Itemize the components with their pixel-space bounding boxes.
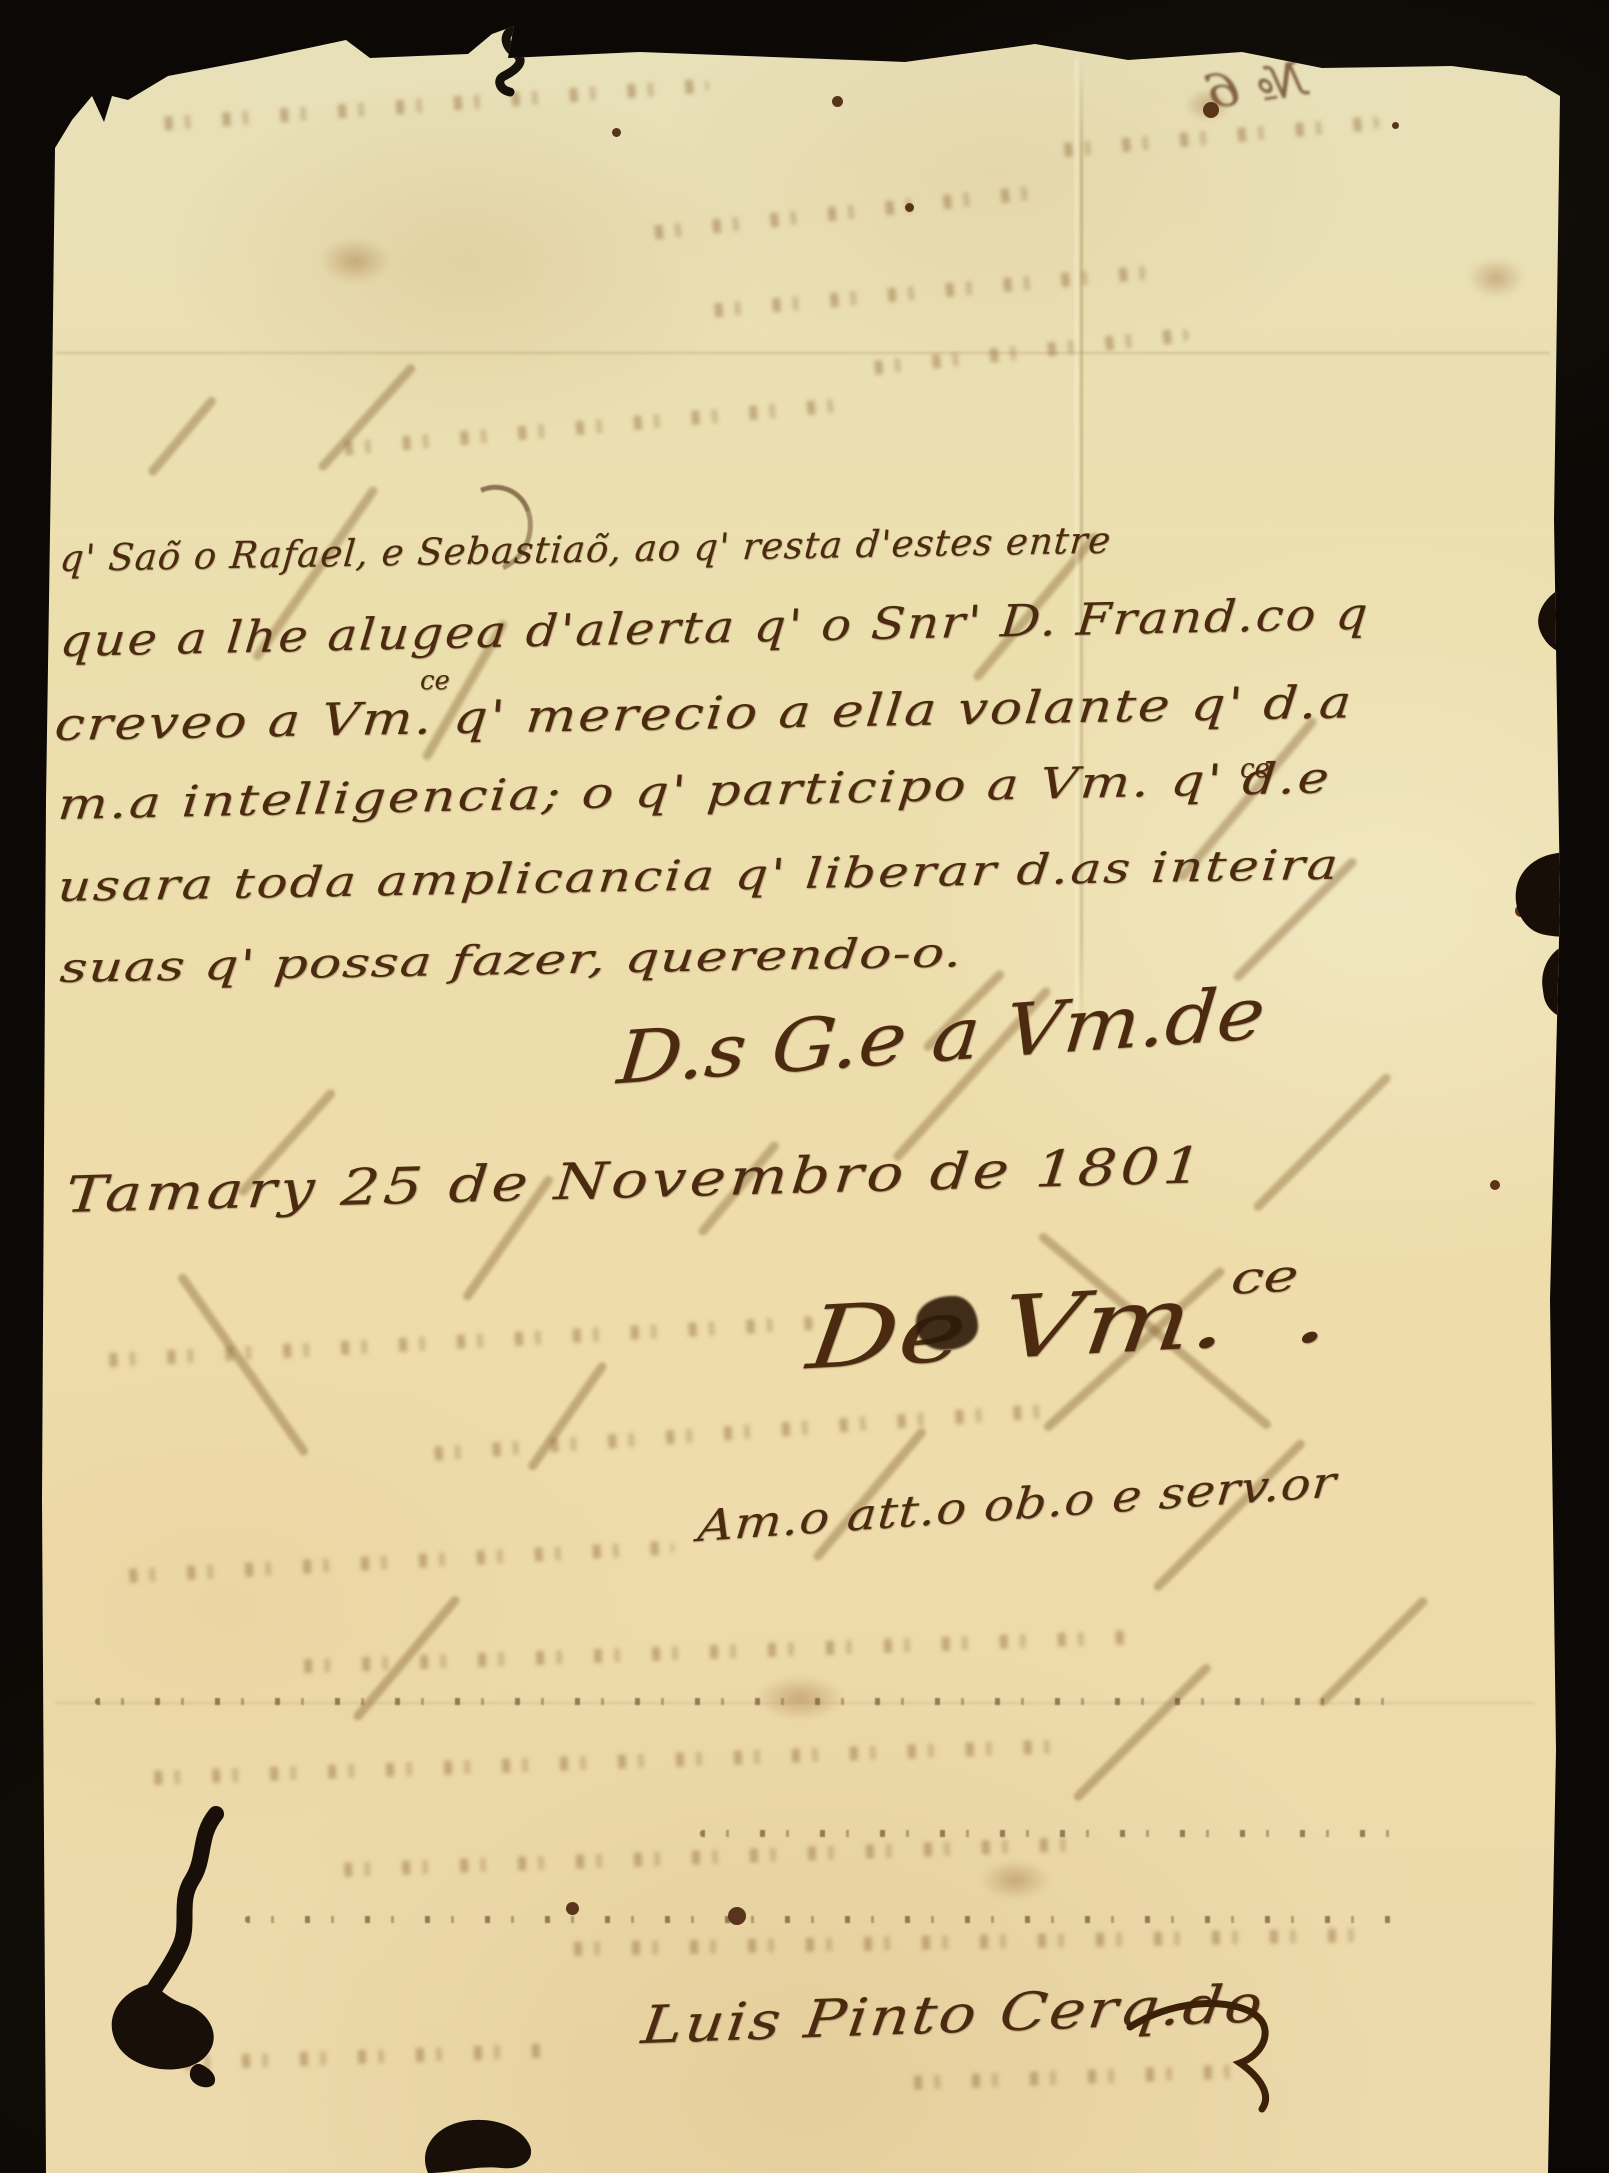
ghost-pen-stroke [176,1272,310,1457]
ink-speck [566,1902,579,1915]
ghost-pen-stroke [1252,1072,1393,1213]
ink-blot-bottom-left-snake [88,1806,278,2091]
ink-speck [905,203,914,212]
ink-blot-right-edge-2 [1508,843,1609,947]
body-line-2: que a lhe alugea d'alerta q' o Snr' D. F… [58,593,1371,665]
ghost-pen-stroke [147,395,218,477]
body-line-4: m.a intelligencia; o q' participo a Vm. … [56,757,1333,827]
addressee-line: De Vm.ce. [803,1268,1334,1382]
ink-speck [1490,1180,1500,1190]
ghost-bleedthrough-line [420,1402,1069,1461]
ghost-pen-stroke [1317,1595,1429,1707]
superscript-ce-line3: ce [420,668,450,694]
body-line-6: suas q' possa fazer, querendo-o. [58,932,964,989]
ink-blot-top-squiggle [486,24,532,96]
ghost-bleedthrough-line [140,1739,1080,1786]
foxing-stain [320,238,390,284]
ink-smudge-on-addressee [916,1296,978,1350]
signature-flourish [1120,1985,1280,2117]
ink-speck [832,96,843,107]
ink-speck [1392,122,1399,129]
ghost-pen-stroke [526,1360,608,1472]
foxing-stain [1468,258,1524,298]
ghost-pen-stroke [1072,1662,1213,1803]
ink-blot-right-edge-3 [1537,938,1609,1025]
dateline: Tamary 25 de Novembro de 1801 [64,1140,1207,1220]
ghost-bleedthrough-line [640,183,1059,241]
corner-number-mark: № 6 [1202,55,1310,115]
ink-speck [728,1907,746,1925]
ghost-bleedthrough-line [1050,116,1380,159]
horizontal-crease [55,352,1550,354]
ghost-bleedthrough-line [560,1928,1380,1956]
foxing-stain [755,1675,845,1721]
manuscript-scan: № 6 q' Saõ o Rafael, e Sebastiaõ, ao q' … [0,0,1609,2173]
ghost-bleedthrough-line [330,1837,1090,1878]
ghost-pen-stroke [317,362,417,472]
body-line-1: q' Saõ o Rafael, e Sebastiaõ, ao q' rest… [58,522,1113,577]
ink-speck [612,128,621,137]
ink-speck-row [700,1830,1400,1837]
addressee-main: De Vm. [803,1267,1233,1390]
ink-blot-right-edge-1 [1529,574,1609,663]
ghost-bleedthrough-line [115,1540,675,1583]
compliment-line: Am.o att.o ob.o e serv.or [696,1461,1338,1549]
body-line-5: usara toda amplicancia q' liberar d.as i… [56,844,1342,908]
valediction-line: D.s G.e a Vm.de [615,976,1268,1094]
ghost-bleedthrough-line [330,397,849,456]
body-line-3: creveo a Vm. q' merecio a ella volante q… [53,679,1355,747]
foxing-stain [980,1860,1050,1900]
horizontal-crease-lower [55,1702,1535,1704]
paper-sheet: № 6 q' Saõ o Rafael, e Sebastiaõ, ao q' … [0,0,1609,2173]
superscript-ce-line4: ce [1240,756,1270,782]
addressee-superscript: ce [1229,1250,1301,1305]
ink-speck-row [245,1916,1405,1923]
ghost-bleedthrough-line [95,1316,815,1368]
ink-blot-bottom-center [414,2110,544,2173]
ghost-bleedthrough-line [150,78,710,131]
